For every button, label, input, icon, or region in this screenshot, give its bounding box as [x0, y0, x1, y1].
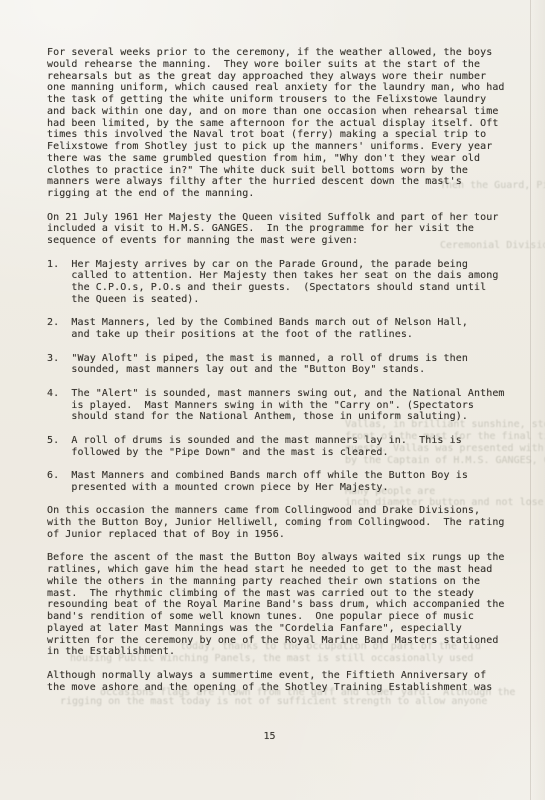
page-number: 15	[47, 731, 492, 742]
list-item-3: 3. "Way Aloft" is piped, the mast is man…	[47, 353, 517, 377]
scanned-document-page: Then the Guard, PipingCeremonial Divisio…	[0, 0, 545, 800]
paragraph-rehearsals: For several weeks prior to the ceremony,…	[47, 47, 517, 200]
page-text-column: For several weeks prior to the ceremony,…	[47, 47, 517, 705]
scan-edge-line	[530, 0, 531, 800]
list-item-6: 6. Mast Manners and combined Bands march…	[47, 470, 517, 494]
paragraph-divisions: On this occasion the manners came from C…	[47, 505, 517, 540]
list-item-2: 2. Mast Manners, led by the Combined Ban…	[47, 317, 517, 341]
paragraph-button-boy: Before the ascent of the mast the Button…	[47, 552, 517, 658]
paragraph-anniversary: Although normally always a summertime ev…	[47, 670, 517, 694]
list-item-1: 1. Her Majesty arrives by car on the Par…	[47, 259, 517, 306]
scan-edge-shade	[531, 0, 545, 800]
paragraph-queen-visit: On 21 July 1961 Her Majesty the Queen vi…	[47, 212, 517, 247]
list-item-4: 4. The "Alert" is sounded, mast manners …	[47, 388, 517, 423]
list-item-5: 5. A roll of drums is sounded and the ma…	[47, 435, 517, 459]
